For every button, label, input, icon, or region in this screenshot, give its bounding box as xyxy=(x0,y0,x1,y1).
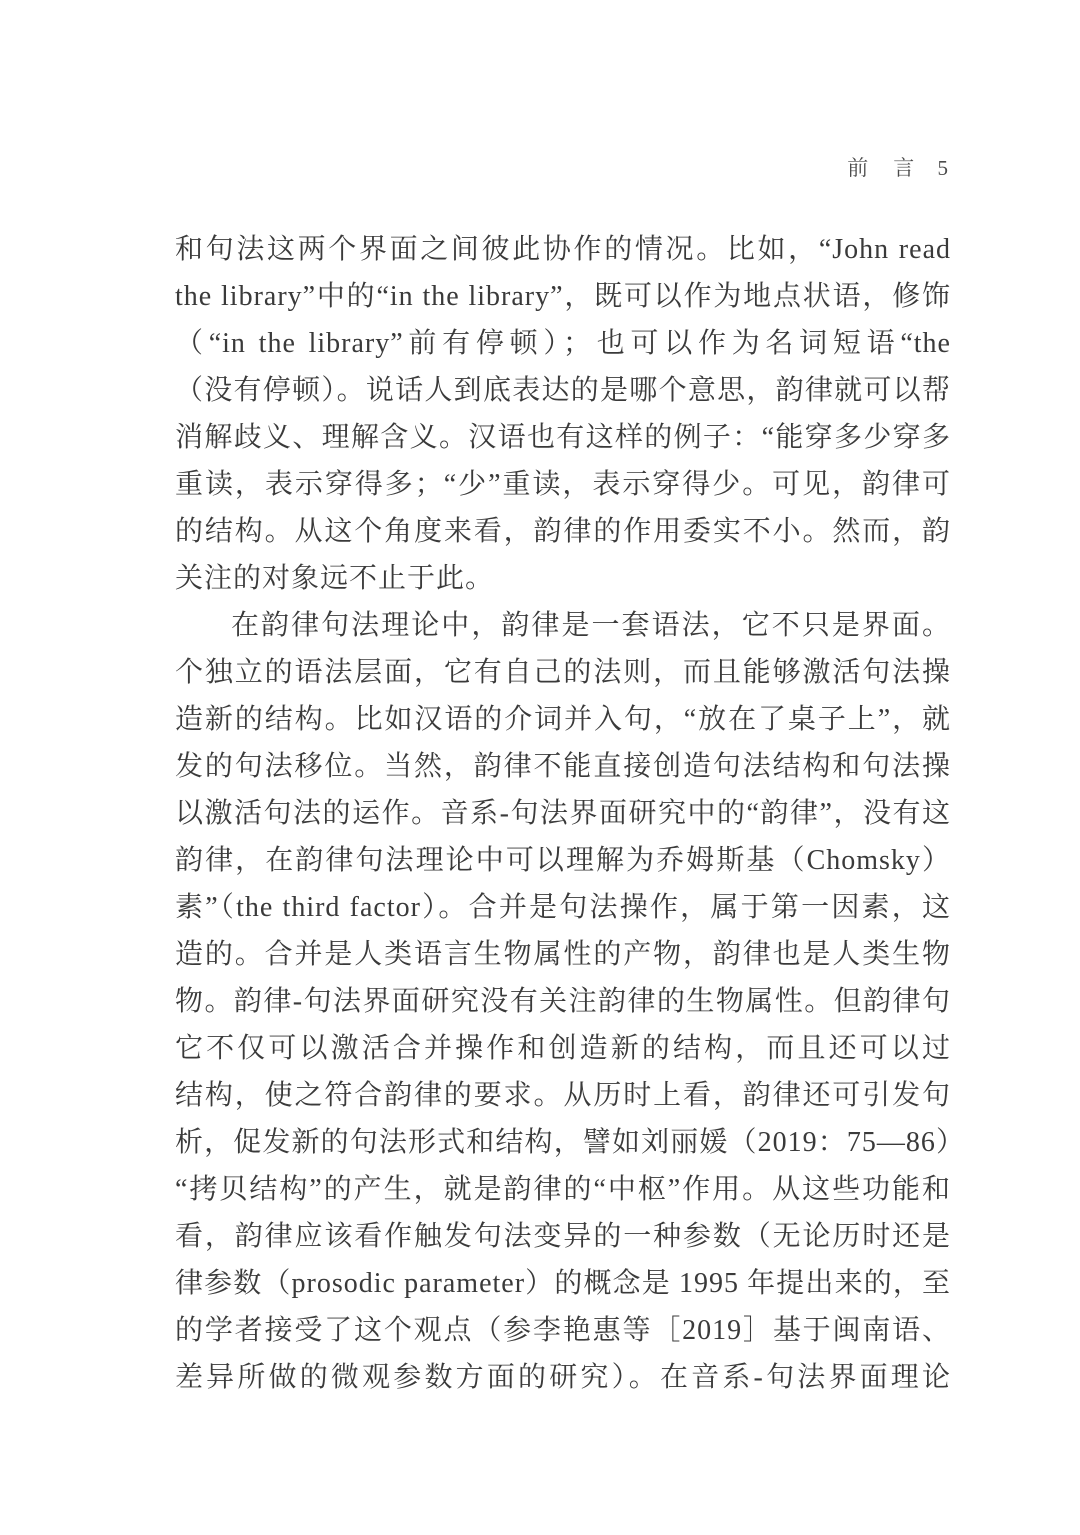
running-title: 前 言 xyxy=(847,156,916,180)
text-line: 律参数（prosodic parameter）的概念是 1995 年提出来的，至… xyxy=(175,1260,951,1307)
text-line: 关注的对象远不止于此。 xyxy=(175,555,951,602)
text-line: 个独立的语法层面，它有自己的法则，而且能够激活句法操作，从而创 xyxy=(175,649,951,696)
text-line: （“in the library”前有停顿）；也可以作为名词短语“the boo… xyxy=(175,320,951,367)
text-line: 在韵律句法理论中，韵律是一套语法，它不只是界面。韵律作为一 xyxy=(175,602,951,649)
page-header: 前 言 5 xyxy=(847,152,950,182)
page-number: 5 xyxy=(938,156,951,180)
text-line: 以激活句法的运作。音系-句法界面研究中的“韵律”，没有这种功能。 xyxy=(175,790,951,837)
text-line: 消解歧义、理解含义。汉语也有这样的例子：“能穿多少穿多少”，“能” xyxy=(175,414,951,461)
text-line: 造新的结构。比如汉语的介词并入句，“放在了桌子上”，就是韵律促 xyxy=(175,696,951,743)
text-line: （没有停顿）。说话人到底表达的是哪个意思，韵律就可以帮助听者来 xyxy=(175,367,951,414)
text-line: “拷贝结构”的产生，就是韵律的“中枢”作用。从这些功能和意义上 xyxy=(175,1166,951,1213)
text-line: 的学者接受了这个观点（参李艳惠等［2019］基于闽南语、普通话句法 xyxy=(175,1307,951,1354)
text-line: 它不仅可以激活合并操作和创造新的结构，而且还可以过滤、整饬句法 xyxy=(175,1025,951,1072)
text-line: 结构，使之符合韵律的要求。从历时上看，韵律还可引发句法的重新分 xyxy=(175,1072,951,1119)
text-line: 析，促发新的句法形式和结构，譬如刘丽媛（2019：75—86）关于促发 xyxy=(175,1119,951,1166)
text-line: 物。韵律-句法界面研究没有关注韵律的生物属性。但韵律句法里面， xyxy=(175,978,951,1025)
text-line: 素”（the third factor）。合并是句法操作，属于第一因素，这不是韵… xyxy=(175,884,951,931)
text-line: 造的。合并是人类语言生物属性的产物，韵律也是人类生物属性的产 xyxy=(175,931,951,978)
text-line: 和句法这两个界面之间彼此协作的情况。比如，“John read the book… xyxy=(175,226,951,273)
text-line: 的结构。从这个角度来看，韵律的作用委实不小。然而，韵律句法学所 xyxy=(175,508,951,555)
body-text: 和句法这两个界面之间彼此协作的情况。比如，“John read the book… xyxy=(175,226,951,1401)
paragraph-1: 和句法这两个界面之间彼此协作的情况。比如，“John read the book… xyxy=(175,226,951,602)
paragraph-2: 在韵律句法理论中，韵律是一套语法，它不只是界面。韵律作为一 个独立的语法层面，它… xyxy=(175,602,951,1401)
text-line: 重读，表示穿得多；“少”重读，表示穿得少。可见，韵律可以标示句子 xyxy=(175,461,951,508)
text-line: 看，韵律应该看作触发句法变异的一种参数（无论历时还是共时）。韵 xyxy=(175,1213,951,1260)
text-line: the library”中的“in the library”，既可以作为地点状语… xyxy=(175,273,951,320)
book-page: 前 言 5 和句法这两个界面之间彼此协作的情况。比如，“John read th… xyxy=(0,0,1080,1535)
text-line: 差异所做的微观参数方面的研究）。在音系-句法界面理论中，没有韵 xyxy=(175,1354,951,1401)
text-line: 韵律，在韵律句法理论中可以理解为乔姆斯基（Chomsky）的“第三因 xyxy=(175,837,951,884)
text-line: 发的句法移位。当然，韵律不能直接创造句法结构和句法操作，但它可 xyxy=(175,743,951,790)
